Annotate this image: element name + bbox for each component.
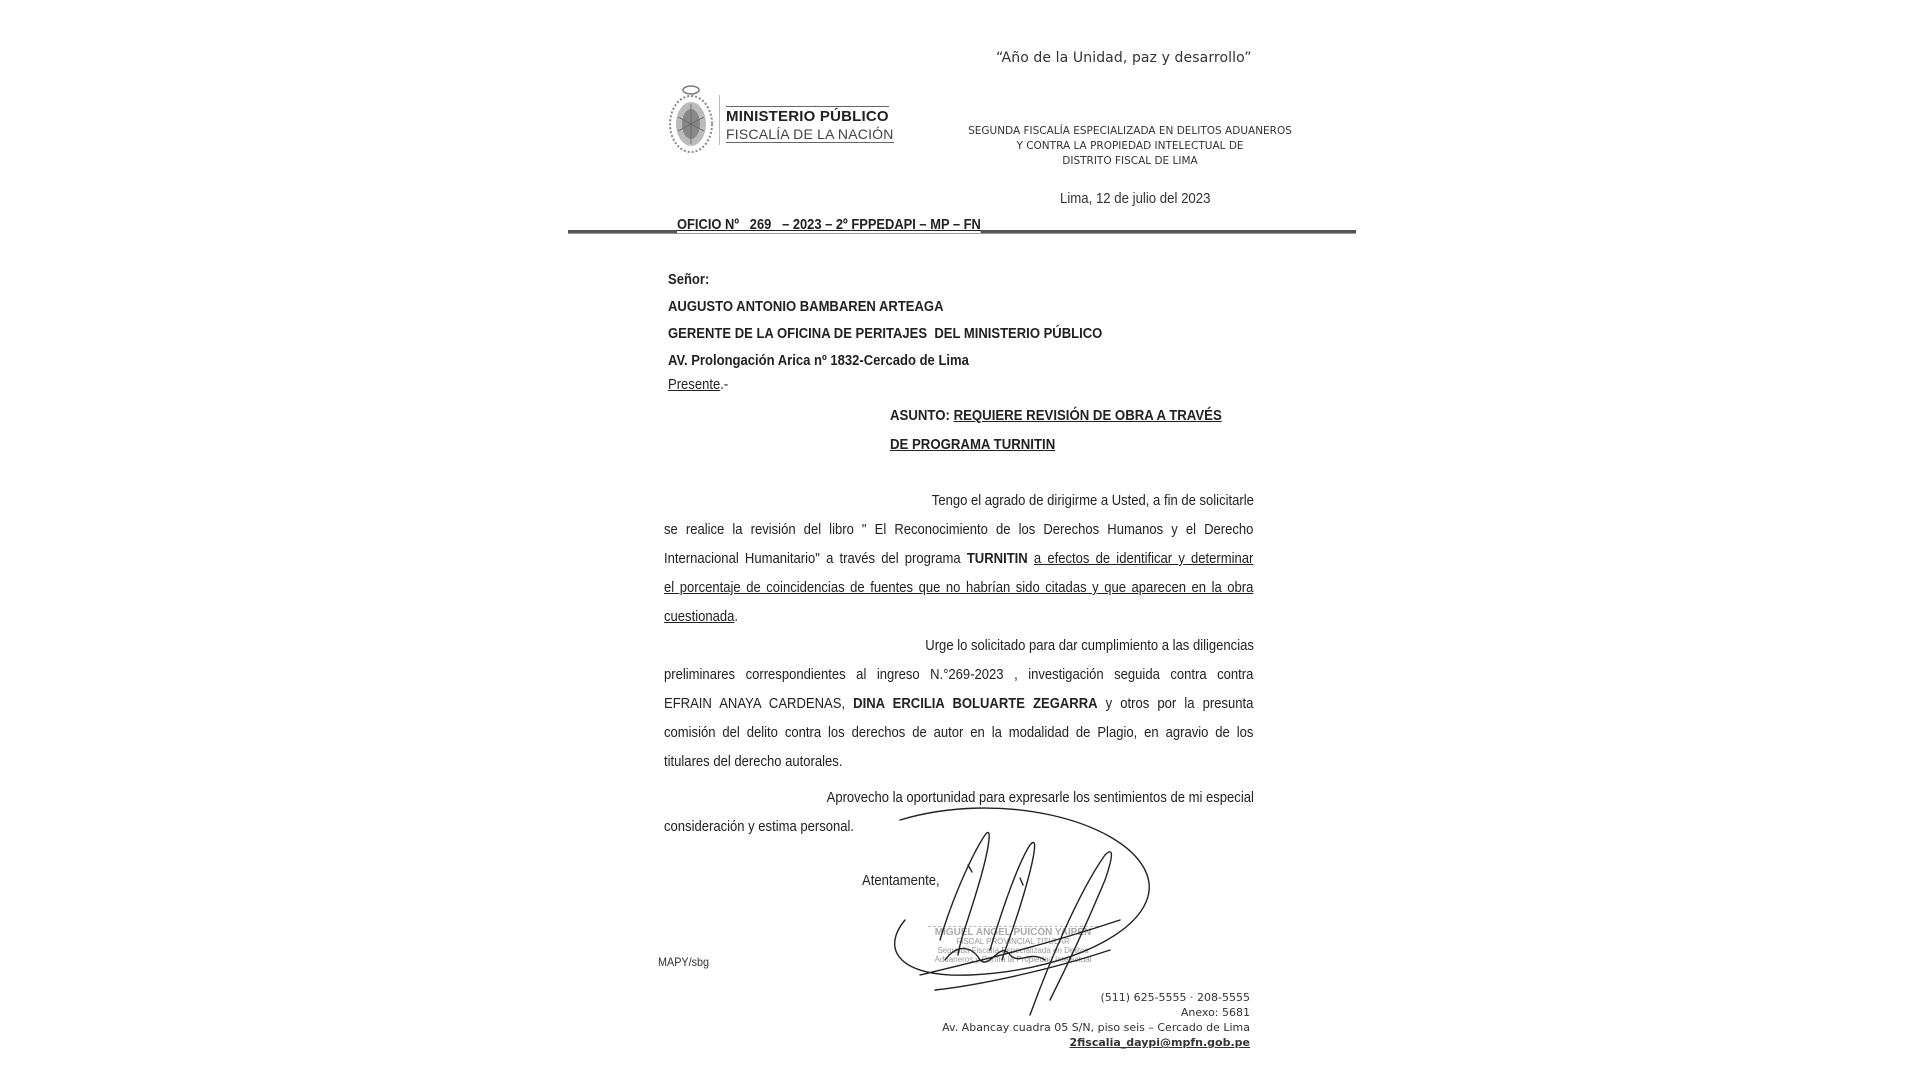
text: a efectos de identificar y determinar	[1034, 551, 1253, 567]
stamp-title: FISCAL PROVINCIAL TITULAR	[928, 937, 1098, 946]
footer-annex: Anexo: 5681	[940, 1005, 1250, 1020]
subject-label: ASUNTO:	[890, 407, 954, 424]
stamp-office: Segunda Fiscalía Especializada en Delito…	[928, 946, 1098, 955]
body-p3-line: Aprovecho la oportunidad para expresarle…	[664, 790, 1254, 806]
body-p1-line: se realice la revisión del libro " El Re…	[664, 522, 1254, 538]
year-motto: “Año de la Unidad, paz y desarrollo”	[996, 50, 1252, 66]
text: Aprovecho la oportunidad para expresarle…	[665, 790, 1254, 806]
body-p1-line: cuestionada.	[664, 609, 1254, 625]
text: cuestionada.	[664, 609, 1253, 625]
office-heading: SEGUNDA FISCALÍA ESPECIALIZADA EN DELITO…	[940, 124, 1320, 169]
program-name: TURNITIN	[967, 551, 1028, 567]
text: titulares del derecho autorales.	[664, 754, 1253, 770]
footer-address: Av. Abancay cuadra 05 S/N, piso seis – C…	[940, 1020, 1250, 1035]
text: y otros por la presunta	[1098, 696, 1254, 712]
presente: Presente.-	[668, 377, 728, 393]
presente-text: Presente	[668, 377, 720, 393]
body-p2-line: Urge lo solicitado para dar cumplimiento…	[664, 638, 1254, 654]
subject-text-1: REQUIERE REVISIÓN DE OBRA A TRAVÉS	[954, 407, 1222, 424]
office-line: DISTRITO FISCAL DE LIMA	[940, 154, 1320, 169]
ministry-name: MINISTERIO PÚBLICO FISCALÍA DE LA NACIÓN	[726, 106, 894, 144]
text: .	[734, 609, 738, 625]
typist-initials: MAPY/sbg	[658, 955, 709, 969]
text: Tengo el agrado de dirigirme a Usted, a …	[665, 493, 1254, 509]
text: Internacional Humanitario" a través del …	[664, 551, 1253, 567]
text: comisión del delito contra los derechos …	[664, 725, 1253, 741]
footer-phone: (511) 625-5555 · 208-5555	[940, 990, 1250, 1005]
footer-email-link[interactable]: 2fiscalia_daypi@mpfn.gob.pe	[940, 1035, 1250, 1050]
recipient-name: AUGUSTO ANTONIO BAMBAREN ARTEAGA	[668, 299, 944, 315]
official-stamp: MIGUEL ANGEL PUICÓN YAIPÉN FISCAL PROVIN…	[928, 926, 1098, 964]
ministry-subtitle: FISCALÍA DE LA NACIÓN	[726, 127, 894, 143]
office-line: Y CONTRA LA PROPIEDAD INTELECTUAL DE	[940, 139, 1320, 154]
text: Urge lo solicitado para dar cumplimiento…	[665, 638, 1254, 654]
body-p2-line: comisión del delito contra los derechos …	[664, 725, 1254, 741]
text: EFRAIN ANAYA CARDENAS,	[664, 696, 853, 712]
person-name: DINA ERCILIA BOLUARTE ZEGARRA	[853, 696, 1097, 712]
office-line: SEGUNDA FISCALÍA ESPECIALIZADA EN DELITO…	[940, 124, 1320, 139]
body-p1-line: Tengo el agrado de dirigirme a Usted, a …	[664, 493, 1254, 509]
subject-line-2: DE PROGRAMA TURNITIN	[890, 436, 1055, 453]
text: Internacional Humanitario" a través del …	[664, 551, 967, 567]
document-date: Lima, 12 de julio del 2023	[1060, 190, 1210, 207]
closing-atentamente: Atentamente,	[862, 873, 940, 889]
text: cuestionada	[664, 609, 734, 625]
coat-of-arms-icon	[666, 82, 716, 156]
text: el porcentaje de coincidencias de fuente…	[664, 580, 1253, 596]
logo-divider	[719, 95, 720, 145]
presente-suffix: .-	[720, 377, 728, 393]
body-p2-line: titulares del derecho autorales.	[664, 754, 1254, 770]
subject-text-2: DE PROGRAMA TURNITIN	[890, 436, 1055, 453]
contact-footer: (511) 625-5555 · 208-5555 Anexo: 5681 Av…	[940, 990, 1250, 1050]
body-p3-line: consideración y estima personal.	[664, 819, 1254, 835]
body-p2-line: preliminares correspondientes al ingreso…	[664, 667, 1254, 683]
body-p2-line: EFRAIN ANAYA CARDENAS, DINA ERCILIA BOLU…	[664, 696, 1254, 712]
stamp-office: Aduaneros y Contra la Propiedad Intelect…	[928, 955, 1098, 964]
recipient-position: GERENTE DE LA OFICINA DE PERITAJES DEL M…	[668, 326, 1102, 342]
body-p1-line: Internacional Humanitario" a través del …	[664, 551, 1254, 567]
stamp-name: MIGUEL ANGEL PUICÓN YAIPÉN	[928, 926, 1098, 937]
text: se realice la revisión del libro " El Re…	[664, 522, 1253, 538]
salutation: Señor:	[668, 272, 709, 288]
ministry-title: MINISTERIO PÚBLICO	[726, 106, 889, 125]
recipient-address: AV. Prolongación Arica nº 1832-Cercado d…	[668, 353, 969, 369]
text: consideración y estima personal.	[664, 819, 1253, 835]
subject-line-1: ASUNTO: REQUIERE REVISIÓN DE OBRA A TRAV…	[890, 407, 1222, 424]
text: preliminares correspondientes al ingreso…	[664, 667, 1253, 683]
body-p1-line: el porcentaje de coincidencias de fuente…	[664, 580, 1254, 596]
oficio-number: OFICIO Nº 269 – 2023 – 2º FPPEDAPI – MP …	[677, 216, 981, 233]
text: EFRAIN ANAYA CARDENAS, DINA ERCILIA BOLU…	[664, 696, 1253, 712]
